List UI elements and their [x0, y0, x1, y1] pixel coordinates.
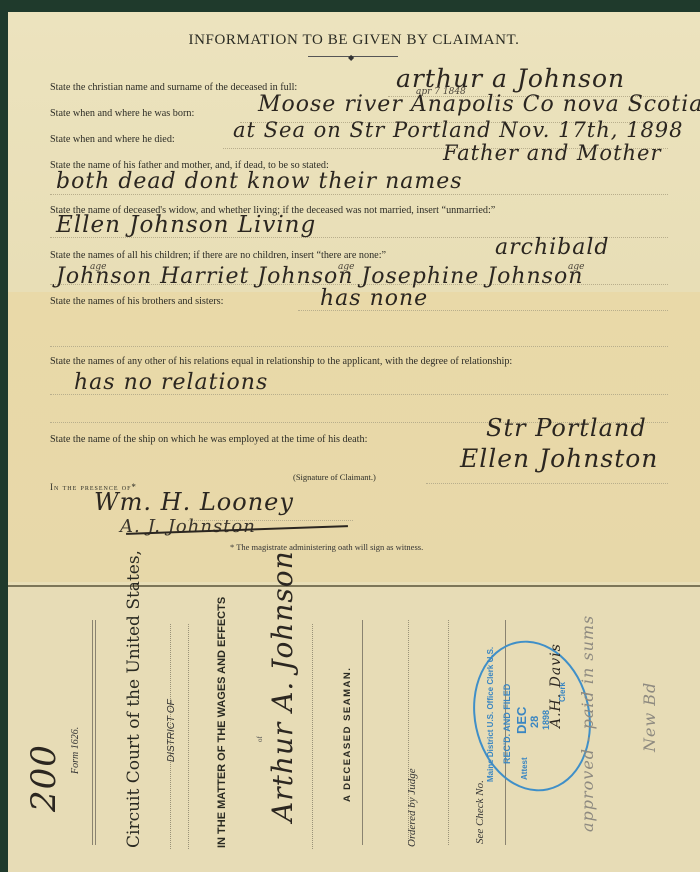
docket-rule [188, 624, 189, 849]
docket-rule [95, 620, 96, 845]
field-value-born: Moose river Anapolis Co nova Scotia [258, 92, 700, 117]
field-label-children: State the names of all his children; if … [50, 250, 386, 261]
field-label-born: State when and where he was born: [50, 108, 194, 119]
see-check-no: See Check No. [474, 780, 486, 844]
field-value-widow: Ellen Johnson Living [56, 212, 316, 238]
ordered-by-judge: Ordered by Judge [406, 768, 418, 847]
field-value-children: archibald [495, 235, 609, 260]
field-rule [50, 346, 668, 347]
of-label: of [256, 736, 264, 742]
field-label-siblings: State the names of his brothers and sist… [50, 296, 223, 307]
field-label-ship: State the name of the ship on which he w… [50, 434, 367, 445]
docket-number: 200 [24, 744, 64, 812]
deceased-name-back: Arthur A. Johnson [266, 550, 299, 822]
field-value-siblings: has none [320, 286, 428, 311]
document-page: INFORMATION TO BE GIVEN BY CLAIMANT. ◆ S… [8, 12, 700, 872]
stamp-outer-text: Maine District U.S. Office Clerk U.S. [486, 647, 495, 782]
form-number: Form 1626. [70, 727, 81, 774]
signature-rule [426, 483, 668, 484]
field-value-ship: Str Portland [486, 414, 647, 442]
stamp-month: DEC [514, 707, 529, 734]
field-rule [50, 194, 668, 195]
witness-signature: Wm. H. Looney [94, 488, 294, 516]
deceased-seaman-label: A DECEASED SEAMAN. [342, 667, 353, 802]
docket-rule [362, 620, 363, 845]
docket-rule [92, 620, 93, 845]
district-label: DISTRICT OF [166, 699, 177, 762]
field-value-died: at Sea on Str Portland Nov. 17th, 1898 [233, 118, 684, 142]
docket-rule [448, 620, 449, 845]
field-value-other-relations: has no relations [74, 370, 268, 395]
pencil-initials: New Bd [640, 682, 659, 752]
pencil-note: approved - paid in sums [578, 615, 597, 832]
claimant-signature: Ellen Johnston [460, 444, 658, 473]
field-label-other-relations: State the names of any other of his rela… [50, 356, 512, 367]
clerk-signature: A.H. Davis [548, 643, 564, 728]
claimant-signature-label: (Signature of Claimant.) [293, 472, 376, 482]
matter-label: IN THE MATTER OF THE WAGES AND EFFECTS [216, 597, 228, 848]
form-title: INFORMATION TO BE GIVEN BY CLAIMANT. [8, 32, 700, 49]
stamp-attest: Attest [520, 757, 529, 780]
docket-rule [312, 624, 313, 849]
field-label-died: State when and where he died: [50, 134, 175, 145]
stamp-day: 28 [529, 716, 541, 728]
court-name: Circuit Court of the United States, [124, 550, 144, 848]
field-value-parents: Father and Mother [443, 141, 662, 165]
ornament-dot: ◆ [348, 53, 354, 62]
field-value-parents-continued: both dead dont know their names [56, 169, 463, 194]
footnote: * The magistrate administering oath will… [230, 542, 423, 552]
stamp-recd: REC'D. AND FILED [502, 684, 512, 764]
